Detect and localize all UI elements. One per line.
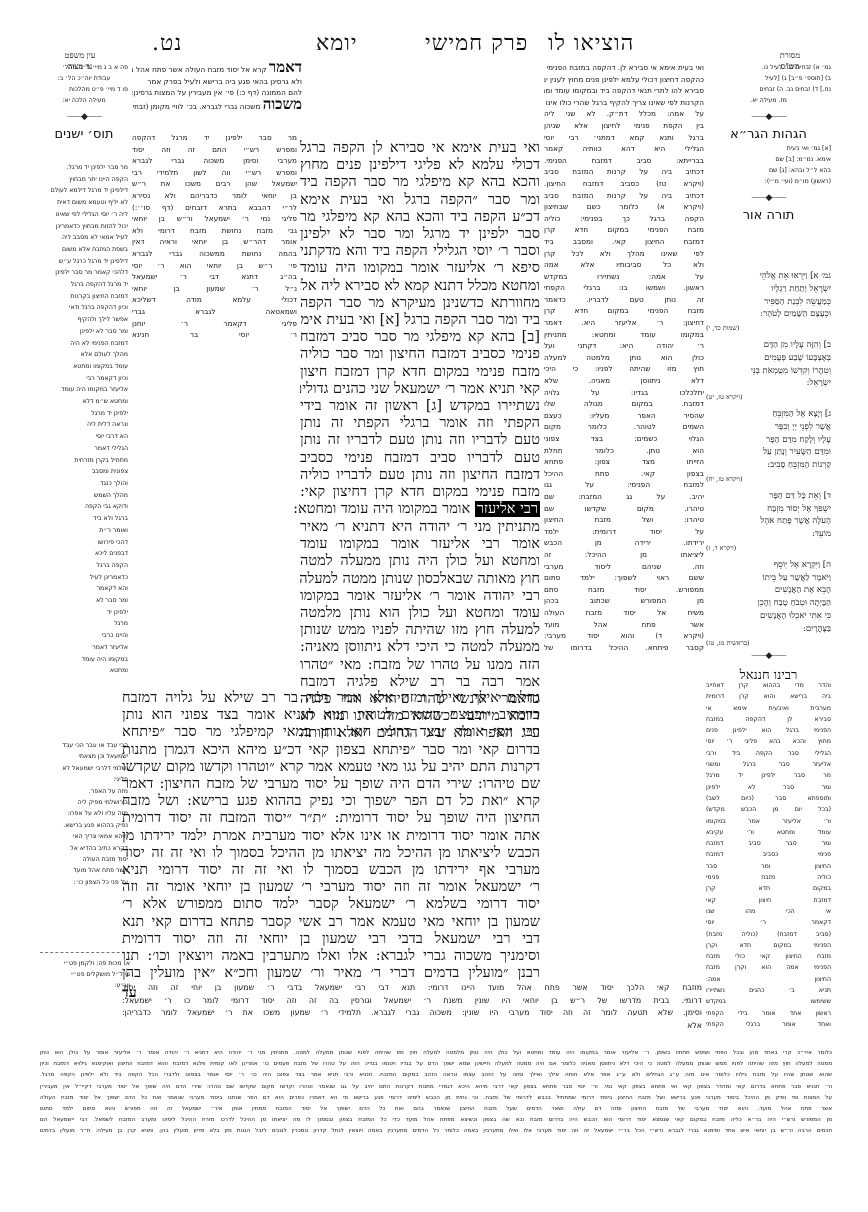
tosafot-line: מזבח הפנימי במקום חדא קרן (544, 305, 704, 317)
gemara-text-segment: אומר במקומו היה עומד ומחטא: (293, 501, 470, 517)
rashi-line: דאמר קרא אל יסוד מזבח העולה אשר פתח אהל … (132, 62, 302, 76)
chapter-name: הוציאו לו (548, 30, 634, 56)
tosafot-line: מן המפורש שכתוב בכהן (544, 595, 704, 607)
gemara-line: קאי תניא אמר ר׳ ישמעאל שני כהנים גדולים (300, 381, 540, 398)
tosafot-line: על יסוד דרומית: ילמד (544, 526, 704, 538)
tosafot-line: בצפון קאי. פתח ההיכל (544, 468, 704, 480)
tosafot-line: דכתיב ביה על קרנות המזבח סביב (544, 166, 704, 178)
tosafot-yeshanim-line: ליה ר׳ יוסי הגלילי לפי שאינו (40, 209, 128, 221)
chananel-line: הפנימי במקום חדא וקרן (706, 940, 831, 951)
rashi-bottom-line: מוזבח קאי הלכך יסוד אשר פתח אהל מועד היי… (122, 982, 702, 995)
tosafot-yeshanim-line: הקפה ברגל (40, 560, 128, 572)
verse-line: ד] וְאֵת כָּל דַּם הַפָּר (706, 490, 831, 503)
gemara-line: מזבח פנימי במקום חדא קרן דחיצון קאי: (300, 484, 540, 501)
gemara-line: שמעון בן יוחאי מאי טעמא אמר רב אשי קסבר … (122, 914, 540, 931)
gemara-line: טעם לדבריו סביב דמזבח פנימי כסביב (300, 450, 540, 467)
gemara-line: סבר ילפינן יד מרגל ומר סבר לא ילפינן (300, 226, 540, 243)
tosafot-yeshanim-line: לעיל אמאי לא מסבב ליה (40, 232, 128, 244)
torah-or-verse: ג] וְיָצָא אֶל הַמִּזְבֵּחַאֲשֶׁר לִפְנֵ… (706, 408, 831, 486)
gemara-line: מערבי אף ירידתו מן הכבש בסמוך לו ואי זה … (122, 862, 540, 879)
tosafot-yeshanim-line: נפיק בההוא פגע ברישא. (40, 820, 128, 831)
rashi-line: ומפרש רש״י התם זה וזה יסוד (132, 144, 297, 156)
tosafot-line: טיהרו. מקום שקדשו שם (544, 503, 704, 515)
gemara-line: ומר סבר ״הקפה ברגל ואי בעית אימא (300, 192, 540, 209)
chananel-line: כוליה מזבח פנימי (706, 872, 831, 883)
chananel-line: הגלילי סבר הקפה ביד ורבי (706, 748, 831, 759)
rashi-line: ושמאטאה לגברא גברי (132, 306, 297, 318)
rashi-text: משכוה גברי לגברא. בכ׳ לוויי מקומן (זבחים… (132, 102, 260, 111)
tosafot-yeshanim-line: בשפת המזבח אלא משום (40, 244, 128, 256)
tosafot-line: ברגל ותנא קמא דמתני׳ רבי יוסי (544, 132, 704, 144)
tosafot-yeshanim-line: מהלך השמש (40, 490, 128, 502)
rashi-line: פליגי דקאמר ר׳ יוחנן (132, 318, 297, 330)
tosafot-line: ר׳ יהודה היא: דקתני ועל (544, 340, 704, 352)
tosafot-yeshanim-line: ונראה דלית ליה (40, 419, 128, 431)
gemara-line: קרא ״ואת כל דם הפר ישפוך וכי נפיק בההוא … (122, 793, 540, 810)
gemara-line: דכולי עלמא לא פליגי דילפינן פנים מחוץ (300, 157, 540, 174)
hagahot-line: (ראשון) מו״מ (ועי׳ מ״י): (706, 176, 831, 187)
verse-line: הָבֵא אֶת הָאֲנָשִׁים (706, 584, 831, 597)
tosafot-line: הגלוי כשמים: בצד צפוני (544, 433, 704, 445)
chananel-line: תניא ב׳ כהנים נשתיירו (706, 985, 831, 996)
tosafot-yeshanim-line: אפשר לילך ולהקיף (40, 314, 128, 326)
tosafot-yeshanim-line: כדאמרינן לעיל (40, 572, 128, 584)
tosafot-line: לפי שאינו מהלך ולא לכל קרן (544, 248, 704, 260)
gilyon-line: א) מכות פה: ולקמן פט״י (40, 958, 130, 969)
tosafot-line: כולן הוא נותן מלמטה למעלה (544, 352, 704, 364)
rashi-bottom-line: דרומי. בבית מדרשו של ר״ש בן יוחאי היו שו… (122, 995, 702, 1008)
chananel-line: (בכל יום מן הכבש מקדש) (706, 804, 831, 815)
tosafot-line: מזבח הפנימי במקום חדא קרן (544, 224, 704, 236)
tosafot-line: הזייתו מצד צפון: פתחא (544, 456, 704, 468)
chananel-bottom-line: חכמים הרבה ור״ש בן יוחאי איש אחד וסימנא … (40, 1126, 832, 1137)
ein-mishpat-line: פה א ב ג מיי׳ פ״ה מהל׳ (40, 62, 128, 73)
rashi-line: ר׳ יוסי בר חנינא (132, 329, 297, 341)
chananel-line: מערבית ואיבעית אימא אי (706, 703, 831, 714)
verse-line: יִשְׁפֹּךְ אֶל יְסוֹד מִזְבַּח (706, 503, 831, 516)
highlighted-term[interactable]: רבי אליעזר (475, 501, 540, 517)
tosafot-line: למזבח הפנימי: על גגו (544, 479, 704, 491)
tosafot-yeshanim-line: דהכי פירושו (40, 537, 128, 549)
tosafot-column: ואי בעית אימא אי סבירא לן. דהקפה במזבח ה… (544, 62, 704, 653)
chananel-line: דמזבח חיצון קאי (706, 895, 831, 906)
gemara-line: מחוורתא כדשנינן מעיקרא מר סבר הקפה (300, 295, 540, 312)
ein-mishpat-line: פו ד מיי׳ פ״ט מהלכות (40, 84, 128, 95)
tosafot-line: ליציאתו מן ההיכל: זה (544, 549, 704, 561)
tosafot-line: דחיצון: ר׳ אליעזר היא. דאמר (544, 317, 704, 329)
tosafot-yeshanim-line: דילפינן יד מרגל כרגל ע״ש (40, 256, 128, 268)
tosafot-yeshanim-line: אליעזר במקומו היה עומד (40, 384, 128, 396)
tosafot-yeshanim-line: מזה עליו ולא על אפרו: (40, 808, 128, 819)
chananel-line: ביה ברישא והוא קרן דרומית (706, 691, 831, 702)
verse-line: בַּצָּהֳרָיִם: (706, 623, 831, 636)
tosafot-line: סבירא להו לתרי תנאי דהקפה ביד ובמקומו עו… (544, 85, 704, 97)
gemara-line: ומחטא ועל כולן היה נותן ממעלה למטה (300, 553, 540, 570)
ein-mishpat-line: מעילה הלכה יא: (40, 95, 128, 106)
tosafot-yeshanim-line: ואומר ר״ת (40, 525, 128, 537)
tosafot-line: (ויקרא ד) והוא יסוד מערבי: (544, 630, 704, 642)
tosafot-line: טיהרו: ושל מזבח החיצון (544, 514, 704, 526)
tosafot-yeshanim-line: ודוקא גבי הקפה (40, 501, 128, 513)
tosafot-yeshanim-line: ומחטא ש״מ דלא (40, 396, 128, 408)
tosafot-yeshanim-line: אשר פתח אהל מועד (40, 865, 128, 876)
chananel-line: הפנימי ברגל הוא ילפינן פנים (706, 725, 831, 736)
gemara-line: מתניתין מני ר׳ יהודה היא דתניא ר׳ מאיר (300, 519, 540, 536)
hagahot-line: אימא. נמ״מ: [ב] שם (706, 154, 831, 165)
tosafot-yeshanim-line: דמזבח החיצון בקרנות (40, 291, 128, 303)
tosafot-line: השמים לטוהר. כלומר מקום (544, 421, 704, 433)
tosafot-line: (ויקרא א) כלומר כשם שבחיצון (544, 201, 704, 213)
torah-or: גמ׳ א] וַיִּרְאוּ אֵת אֱלֹהֵייִשְׂרָאֵל … (706, 270, 831, 653)
tosafot-line: וזה. שניהם ליסוד מערבי (544, 561, 704, 573)
verse-reference: (שמות כד, י) (706, 322, 831, 335)
rashi-line: משכוה משכוה גברי לגברא. בכ׳ לוויי מקומן … (132, 99, 302, 113)
chananel-line: אליעזר סבר ברגל ומשני (706, 759, 831, 770)
chananel-bottom-line: כלומר איר״כ קרי באחד מהן ובכל הפתי ושימש… (40, 1048, 832, 1059)
hagahot-title: הגהות הגר״א (706, 129, 831, 140)
tosafot-yeshanim-line: מר סבר ילפינן יד מרגל. (40, 162, 128, 174)
tosafot-line: אשר פתח אהל מועד (544, 619, 704, 631)
tosafot-yeshanim-line: צפונית ומסבב (40, 466, 128, 478)
gemara-line: רבי יוסי אומר ״בצד דרומי הוא נותן במאי ק… (122, 724, 540, 741)
tosafot-line: דמזבח החיצון קאי. ומסבב ביד (544, 236, 704, 248)
rashi-line: ולא גרסינן בהאי פגע ביה ברישא ולעיל בפרק… (132, 76, 302, 88)
rashi-line: אומר דהר״ש בן יוחאי וראיה דאין (132, 236, 297, 248)
gemara-line: שם טיהרו: שירי הדם היה שופך על יסוד מערב… (122, 776, 540, 793)
rashi-bottom-line: אלא (122, 1020, 702, 1033)
tosafot-line: חוץ מזו שהיתה לפניו: כי היכי (544, 363, 704, 375)
masoret-line: מז. מעילה יא. (706, 95, 831, 106)
tosafot-yeshanim-line: והולך כנגד (40, 478, 128, 490)
tosafot-line: משיח אל יסוד מזבח העולה (544, 607, 704, 619)
chananel-line: ואחד אומר ברגלי הקפתי (706, 1019, 831, 1030)
tosafot-yeshanim-line: בירושלמי מפיק ליה (40, 797, 128, 808)
masoret-line: גמ׳ א) זבחים לט: לעיל נו. (706, 62, 831, 73)
gemara-line: אומר רבי אליעזר אומר במקומו עומד (300, 536, 540, 553)
chananel-line: מר סבר ילפינן יד מרגל (706, 770, 831, 781)
gilyon-hashas: א) מכות פה: ולקמן פט״י ג) ל״ל מושקלים פט… (40, 958, 130, 991)
gemara-line: [ב] בהא קא מיפלגי מר סבר סביב דמזבח (300, 329, 540, 346)
tosafot-yeshanim-line: דבפנים ליכא (40, 548, 128, 560)
gemara-line: ממעלה למטה כי היכי דלא ניתווסן מאניה: (300, 639, 540, 656)
tosafot-line: שהסיר האפר מעליו: כעצם (544, 410, 704, 422)
verse-line: וְטִהֲרוֹ וְקִדְּשׁוֹ מִטֻּמְאֹת בְּנֵי (706, 365, 831, 378)
gemara-line: יסוד דרומי בשלמא ר׳ ישמעאל קסבר ילמד סתו… (122, 896, 540, 913)
rashi-line: ומפרש רש״י ווה לשון תלמידי רבי (132, 167, 297, 179)
verse-line: ה] וַיִּקְרָא אֶל יְוֹסֵף (706, 559, 831, 572)
ornament-divider: ⸺◆⸺ (706, 648, 831, 661)
gemara-line: אתה אומר יסוד דרומית או אינו אלא יסוד מע… (122, 828, 540, 845)
verse-line: מוֹעֵד: (706, 528, 831, 541)
tosafot-yeshanim-line: והא דקאמר (40, 583, 128, 595)
gemara-line: בדרום קאי ומר סבר ״פיתחא בצפון קאי דכ״ע … (122, 742, 540, 759)
tosafot-line: יתלכלכו בגדיו: על גלויה (544, 387, 704, 399)
gemara-line: ואי בעית אימא אי סבירא לן הקפה ברגל (300, 140, 540, 157)
tosafot-line: במקומו עומד ומחטא: מתניתין (544, 329, 704, 341)
rashi-text: קרא אל יסוד מזבח העולה אשר פתח אהל מועד. (132, 65, 267, 74)
ein-mishpat-line: עבודת יוה״כ הל׳ ב: (40, 73, 128, 84)
tosafot-line: הקפה ברגל כך בפנימי: כוליה (544, 213, 704, 225)
tosafot-yeshanim-line: לא יליף וטעמא משום דאית (40, 197, 128, 209)
chapter-label: פרק חמישי (425, 30, 528, 56)
tosafot-line: ראשון. ושמשו בו: ברגלי הקפתי (544, 282, 704, 294)
tosafot-yeshanim-line: דילפינן יד מרגל דילמא לעולם (40, 185, 128, 197)
tosafot-line: יהיב. על גג המזבח: שם (544, 491, 704, 503)
tosafot-yeshanim-line: ברגל ולא ביד (40, 513, 128, 525)
ornament-divider: ⸺◆⸺ (706, 193, 831, 204)
tosafot-yeshanim-line: ישמעאל וכן מצאתי (40, 751, 128, 762)
ornament-divider: ⸺◆⸺ (40, 112, 128, 123)
verse-reference: (ויקרא טז, יח) (706, 473, 831, 486)
chananel-line: ומר סבר סביב דמזבח (706, 838, 831, 849)
tosafot-yeshanim-line: הכי עבד או עבר הכי עבד (40, 740, 128, 751)
gemara-highlight-line: רבי אליעזר אומר במקומו היה עומד ומחטא: (300, 501, 540, 518)
rashi-line: לר״י דהבבא בתרא דזבחים (דף סו׳׳:) (132, 202, 297, 214)
gemara-line: ומחטא מכלל דתנא קמא לא סבירא ליה אלא (300, 278, 540, 295)
verse-line: בְּאֶצְבָּעוֹ שֶׁבַע פְּעָמִים (706, 352, 831, 365)
tosafot-yeshanim-line: הגלילי דאמר (40, 443, 128, 455)
rashi-top: דאמר קרא אל יסוד מזבח העולה אשר פתח אהל … (132, 62, 302, 112)
tosafot-yeshanim-line: דקרא כתיב בהדיא אל (40, 843, 128, 854)
tosafot-line: ולא כל סביבותיו אלא אמה (544, 259, 704, 271)
tosafot-yeshanim-title: תוס׳ ישנים (40, 129, 128, 140)
verse-line: וּכְעֶצֶם הַשָּׁמַיִם לָטֹהַר: (706, 308, 831, 321)
tosafot-yeshanim-continued: הכי עבד או עבר הכי עבדישמעאל וכן מצאתיוש… (40, 740, 128, 888)
gemara-line: נשתיירו במקדש [ג] ראשון זה אומר בידי (300, 398, 540, 415)
tosafot-yeshanim-line: יכול להזות מבחוץ כדאמרינן (40, 221, 128, 233)
gemara-line: וסימניך משכוה גברי לגברא: אלו ואלו מתערב… (122, 948, 540, 965)
verse-line: אֲשֶׁר לִפְנֵי יְיָ וְכִפֶּר (706, 421, 831, 434)
chananel-line: החיצון אמה: (706, 974, 831, 985)
rashi-bottom-line: וסימן. שלא תטעה לומר זה וזה יסוד מערבי ה… (122, 1007, 702, 1020)
gemara-line: דבי רבי ישמעאל בדבי רבי שמעון בן יוחאי ז… (122, 931, 540, 948)
tosafot-yeshanim-line: מזה על האפר. (40, 786, 128, 797)
rashi-heading: משכוה (263, 99, 302, 113)
masoret-line: ב) [תוספ׳ פ״ב] ג) [לעיל (706, 73, 831, 84)
chananel-line: אי הכי מהו שנו (706, 906, 831, 917)
gemara-line: חוץ מאותה שבאלכסון שנותן ממטה למעלה (300, 571, 540, 588)
tosafot-yeshanim: מר סבר ילפינן יד מרגל.הקפה היינו יתר מבח… (40, 162, 128, 677)
tosafot-yeshanim-line: אליעזר דאמר (40, 642, 128, 654)
chananel-line: במקום חדא קרן (706, 883, 831, 894)
torah-or-verse: ד] וְאֵת כָּל דַּם הַפָּריִשְׁפֹּךְ אֶל … (706, 490, 831, 555)
chananel-line: ור׳ אליעזר אמר במקומו (706, 816, 831, 827)
tosafot-yeshanim-line: ושלמי דלרבי ישמעאל לא (40, 763, 128, 774)
gemara-line: ר׳ ישמעאל אומר זה וזה יסוד מערבי ר׳ שמעו… (122, 879, 540, 896)
tosafot-line: דכתיב ביה על קרנות המזבח סביב (544, 190, 704, 202)
tosafot-yeshanim-line: וכיון דקאמר רבי (40, 373, 128, 385)
chananel-line: והדר מדי בההוא קרן דאחייב (706, 680, 831, 691)
tosafot-line: הוא נותן. כלומר תחלת (544, 445, 704, 457)
chananel-line: ומר סבר לא ילפינן (706, 782, 831, 793)
chananel-line: סבירא לן דהקפה במזבח (706, 714, 831, 725)
tosafot-yeshanim-line: יד מרגל דהקפה ברגל (40, 279, 128, 291)
gemara-line: רבי יהודה אומר ר׳ אליעזר אומר במקומו (300, 588, 540, 605)
verse-line: יִשְׂרָאֵל וְתַחַת רַגְלָיו (706, 283, 831, 296)
torah-or-verse: גמ׳ א] וַיִּרְאוּ אֵת אֱלֹהֵייִשְׂרָאֵל … (706, 270, 831, 335)
gemara-line: הקפתי וזה אומר ברגלי הקפתי זה נותן (300, 415, 540, 432)
tosafot-line: ששם ראוי לשפוך: ילמד סתום (544, 572, 704, 584)
gemara-line: למעלה חוץ מזו שהיתה לפניו ממש שנותן (300, 622, 540, 639)
tosafot-line: ואי בעית אימא אי סבירא לן. דהקפה במזבח ה… (544, 62, 704, 74)
ornament-divider: ⸺◆⸺ (706, 112, 831, 123)
gemara-line: הכבש ליציאתו מן ההיכל מה יציאתו מן ההיכל… (122, 845, 540, 862)
verse-line: כִּי אִתִּי יֹאכְלוּ הָאֲנָשִׁים (706, 610, 831, 623)
tosafot-yeshanim-line: הקפה היינו יתר מבחוץ (40, 174, 128, 186)
chananel-bottom-line: על המצות ומי נפיק מן ההיכל ביסוד מערבי פ… (40, 1093, 832, 1104)
tosafot-line: הגלילי היא דהא כוותיה קאמר (544, 143, 704, 155)
rashi-line: ישמעאל שהן רבים משכו את ר״ש (132, 178, 297, 190)
gemara-line: פנימי כסביב דמזבח החיצון ומר סבר כוליה (300, 346, 540, 363)
masoret-line: נח.] ד) זבחים נב. ה) זבחים (706, 84, 831, 95)
tosafot-yeshanim-line: ילפינן יד (40, 607, 128, 619)
tosafot-yeshanim-line: במקומו היה עומד (40, 654, 128, 666)
tosafot-line: דלא ניתווסן מאניה. שלא (544, 375, 704, 387)
tosafot-line: זה נותן טעם לדבריו. כדאמר (544, 294, 704, 306)
tosafot-line: ממפורש. יסוד מזבח סתם (544, 584, 704, 596)
gemara-line: וסבר ר׳ יוסי הגלילי הקפה ביד והא מדקתני (300, 243, 540, 260)
tosafot-line: על אמה: מכלל דת״ק. לא שני ליה (544, 108, 704, 120)
gemara-line: דקרנות התם יהיב על גגו מאי טעמא אמר קרא … (122, 759, 540, 776)
divider (40, 952, 130, 953)
tosafot-yeshanim-line: הא דרבי יוסי (40, 431, 128, 443)
gemara-line: עומד ומחטא ועל כולן הוא נותן מלמטה (300, 605, 540, 622)
tosafot-yeshanim-line: וכיון דהקפה ברגל ודאי (40, 302, 128, 314)
folio-number: נט. (152, 30, 182, 56)
tosafot-yeshanim-line: ומר סבר לא (40, 595, 128, 607)
tosafot-line: בברייתא: סביב דמזבח הפנימי. (544, 155, 704, 167)
tosafot-yeshanim-line: מהלך לעולם אלא (40, 349, 128, 361)
ein-mishpat: פה א ב ג מיי׳ פ״ה מהל׳ עבודת יוה״כ הל׳ ב… (40, 62, 128, 143)
chananel-line: ראשון אחד אומר בידי הקפתי (706, 1008, 831, 1019)
rashi-line: להם הממונה (דף כ:) פי׳ אין מעבירין על המ… (132, 87, 302, 99)
verse-line: וּמִדַּם הַשָּׂעִיר וְנָתַן עַל (706, 446, 831, 459)
tosafot-line: דמזבח. במקום מגולה שלו (544, 398, 704, 410)
gemara-text: ואי בעית אימא אי סבירא לן הקפה ברגלדכולי… (300, 140, 540, 501)
gemara-line: כדכתיב ״וכעצם השמים לטוהר תניא חנניא אומ… (122, 707, 540, 724)
chananel-line: מחוץ והכא בהא פליגי ר׳ יוסי (706, 736, 831, 747)
verse-line: קַרְנוֹת הַמִּזְבֵּחַ סָבִיב: (706, 459, 831, 472)
rashi-column: מר סבר ילפינן יד מרגל דהקפהומפרש רש״י הת… (132, 132, 297, 341)
gemara-line: דמזבח החיצון וזה נותן טעם לדבריו כוליה (300, 467, 540, 484)
rashi-line: פליגי נמי ר׳ ישמעאל ור״ש בן יוחאי (132, 213, 297, 225)
chananel-line: ששימשו במקדש (706, 996, 831, 1007)
gemara-line: הזה ממנו על טהרו של מזבח: מאי ״טהרו (300, 657, 540, 674)
tosafot-line: קסבר פיתחא. ההיכל בדרומו של (544, 642, 704, 654)
verse-reference: (ויקרא טז, יט) (706, 391, 831, 404)
gemara-line: והכא בהא קא מיפלגי מר סבר הקפה ביד (300, 174, 540, 191)
chananel-line: עומד ומחטא ור׳ עקיבא (706, 827, 831, 838)
verse-reference: (ויקרא ד, ז) (706, 542, 831, 555)
gemara-line: טעם לדבריו וזה נותן טעם לדבריו זה נותן (300, 432, 540, 449)
verse-line: ב] וְהִזָּה עָלָיו מִן הַדָּם (706, 339, 831, 352)
rashi-line: בהמה נחושת ממשכוה גברי לגברא (132, 248, 297, 260)
chananel-bottom-line: מן המפורש ורש״י היה בר״א כליה מזבח במקום… (40, 1115, 832, 1126)
rabbenu-chananel: והדר מדי בההוא קרן דאחייבביה ברישא והוא … (706, 680, 831, 1030)
verse-line: הָעֹלָה אֲשֶׁר פֶּתַח אֹהֶל (706, 515, 831, 528)
masoret-hashas: גמ׳ א) זבחים לט: לעיל נו. ב) [תוספ׳ פ״ב]… (706, 62, 831, 224)
rashi-line: דכולי עלמא מודה דשליכא (132, 294, 297, 306)
rashi-opening-word: דאמר (269, 62, 302, 76)
chananel-line: החיצון ומר סבר (706, 861, 831, 872)
gemara-line: מזבח פנימי במקום חדא קרן דמזבח חיצון (300, 364, 540, 381)
gemara-line: דכ״ע הקפה ביד והכא בהא קא מיפלגי מר (300, 209, 540, 226)
tosafot-line: כהקפה דחיצון דכולי עלמא ילפינן פנים מחוץ… (544, 74, 704, 86)
chananel-bottom-line: שהוא שנותן שהיו על מזבח גילויו כלומר אינ… (40, 1070, 832, 1081)
verse-line: כְּמַעֲשֵׂה לִבְנַת הַסַּפִּיר (706, 296, 831, 309)
tosafot-yeshanim-line: מיהא אמאי צריך האי (40, 831, 128, 842)
chananel-bottom-line: ממטה למעלה חוץ מזה שהיתה לפניו ממש שנותן… (40, 1059, 832, 1070)
rashi-line: מערבי וסימן משכוה גברי לגברא (132, 155, 297, 167)
tosafot-line: (ויקרא טז) כסביב דמזבח החיצון. (544, 178, 704, 190)
rashi-line: בה״ג דתנא דבי ר׳ ישמעאל (132, 271, 297, 283)
tosafot-yeshanim-line: על פני כל הצפון כו׳: (40, 877, 128, 888)
gemara-line: אמר רבה בר רב שילא פלגיה דמזבח (300, 674, 540, 691)
tosafot-yeshanim-line: ילפינן יד מרגל (40, 408, 128, 420)
verse-line: עָלָיו וְלָקַח מִדַּם הַפָּר (706, 434, 831, 447)
tosafot-yeshanim-line: עומד במקומו ומחטא (40, 361, 128, 373)
gemara-line: החיצון היה שופך על יסוד דרומית: ״ת״ר ״יס… (122, 810, 540, 827)
hagahot-line: בהא ל״ל ובהא: [ג] שם (706, 165, 831, 176)
tosafot-yeshanim-line: דמזבח הפנימי לא היה (40, 338, 128, 350)
torah-or-verse: ה] וַיִּקְרָא אֶל יְוֹסֵףוַיֹּאמֶר לַאֲש… (706, 559, 831, 650)
chananel-line: דקאמר ר׳ יוסי (706, 917, 831, 928)
tosafot-yeshanim-line: והיינו כרבי (40, 630, 128, 642)
tosafot-yeshanim-line: דלהכי קאמר מר סבר ילפינן (40, 267, 128, 279)
gemara-line: גחלים אילך ואילך ומזה אלא אמר רבה בר רב … (122, 690, 540, 707)
tosafot-yeshanim-line: ומחטא (40, 665, 128, 677)
rashi-line: נ״ל ר׳ שמעון בן יוחאי (132, 283, 297, 295)
chananel-line: פנימי כסביב דמזבח (706, 849, 831, 860)
rashi-line: מר סבר ילפינן יד מרגל דהקפה (132, 132, 297, 144)
chananel-bottom: כלומר איר״כ קרי באחד מהן ובכל הפתי ושימש… (40, 1048, 832, 1138)
chananel-line: (סביב דמזבח) (כוליה מזבח) (706, 929, 831, 940)
verse-line: וַיֹּאמֶר לַאֲשֶׁר עַל בֵּיתוֹ (706, 572, 831, 585)
tractate-name: יומא (316, 30, 358, 56)
chananel-bottom-line: ור׳ חנניא סבר פתחא בדרום קאי ומהדר בצפון… (40, 1082, 832, 1093)
tosafot-yeshanim-line: מתחיל בקרן מזרחית (40, 455, 128, 467)
verse-line: גמ׳ א] וַיִּרְאוּ אֵת אֱלֹהֵי (706, 270, 831, 283)
chananel-line: מזבח החיצון קאי כולי מזבח (706, 951, 831, 962)
gemara-line: ביד ומר סבר הקפה ברגל [א] ואי בעית אימא (300, 312, 540, 329)
tosafot-yeshanim-line: פליגי: (40, 774, 128, 785)
gemara-line: סיפא ר׳ אליעזר אומר במקומו היה עומד (300, 260, 540, 277)
tosafot-yeshanim-line: מרגל (40, 618, 128, 630)
verse-line: הַבָּיְתָה וּטְבֹחַ טֶבַח וְהָכֵן (706, 597, 831, 610)
chananel-line: ותוספתא סבר (כיום לשב) (706, 793, 831, 804)
tosafot-line: בין הקפת פנימי לחיצון אלא שניהן (544, 120, 704, 132)
verse-line: יִשְׂרָאֵל: (706, 377, 831, 390)
gemara-line: רבנן ״מועלין בדמים דברי ר׳ מאיר ור׳ שמעו… (122, 965, 540, 982)
chananel-bottom-line: אשר פתח אהל מועד. והוא יסוד מערבי של מזב… (40, 1104, 832, 1115)
tosafot-line: הקרנות לפי שאינו צריך להקיף ברגל שהרי כו… (544, 97, 704, 109)
tosafot-yeshanim-line: יסוד מזבח העולה (40, 854, 128, 865)
rashi-line: פי׳ ר״ש בן יוחאי הוא ר׳ יוסי (132, 260, 297, 272)
tosafot-yeshanim-line: ומר סבר לא ילפינן (40, 326, 128, 338)
gemara-wide-text: גחלים אילך ואילך ומזה אלא אמר רבה בר רב … (122, 690, 540, 982)
rashi-line: בן יוחאי לומר כדבריהם ולא נסירא (132, 190, 297, 202)
gilyon-line: ג) ל״ל מושקלים פט״י (40, 969, 130, 980)
chananel-line: הפנימי אמה הוא וקרן מזבח (706, 962, 831, 973)
rashi-line: גבי מזבח נחושת מזבח דרומי ולא (132, 225, 297, 237)
gilyon-line: וע״ע: (40, 980, 130, 991)
torah-or-title: תורה אור (706, 210, 831, 221)
torah-or-verse: ב] וְהִזָּה עָלָיו מִן הַדָּםבְּאֶצְבָּע… (706, 339, 831, 404)
rashi-bottom: מוזבח קאי הלכך יסוד אשר פתח אהל מועד היי… (122, 982, 702, 1032)
verse-line: ג] וְיָצָא אֶל הַמִּזְבֵּחַ (706, 408, 831, 421)
tosafot-line: ירידתו. ירידה מן הכבש (544, 537, 704, 549)
tosafot-line: על אמה: נשתיירו במקדש (544, 271, 704, 283)
